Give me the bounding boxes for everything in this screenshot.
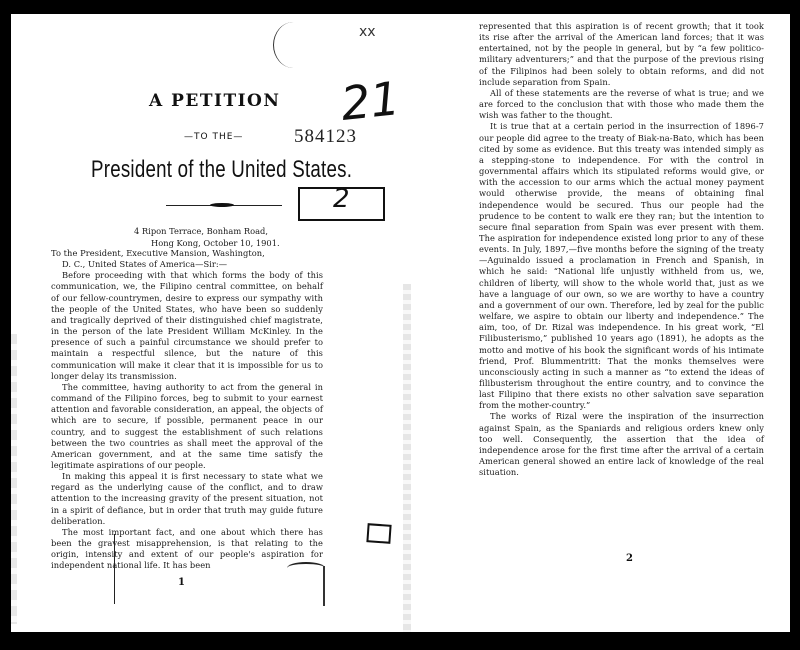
sender-address-line: 4 Ripon Terrace, Bonham Road, (134, 226, 268, 238)
handwritten-underline-stroke (287, 562, 325, 574)
paragraph: The committee, having authority to act f… (51, 382, 323, 471)
right-column-text: represented that this aspiration is of r… (479, 21, 764, 478)
handwritten-annotation-21: 21 (338, 71, 402, 131)
handwritten-box-mark (366, 523, 391, 544)
scan-edge-artifact (11, 334, 17, 624)
document-subtitle: President of the United States. (91, 156, 352, 184)
scanned-document-spread: xx A PETITION 21 —TO THE— 584123 Preside… (11, 14, 790, 632)
paragraph: Before proceeding with that which forms … (51, 270, 323, 382)
paragraph: represented that this aspiration is of r… (479, 21, 764, 88)
salutation-line-1: To the President, Executive Mansion, Was… (51, 248, 323, 259)
paragraph: The works of Rizal were the inspiration … (479, 411, 764, 478)
page-number-left: 1 (178, 577, 185, 588)
left-column-text: To the President, Executive Mansion, Was… (51, 248, 323, 572)
paragraph: It is true that at a certain period in t… (479, 121, 764, 411)
handwritten-corner-mark: xx (359, 24, 376, 40)
paragraph: In making this appeal it is first necess… (51, 471, 323, 527)
document-title: A PETITION (149, 91, 309, 111)
page-gutter (403, 284, 411, 632)
salutation-line-2: D. C., United States of America—Sir:— (51, 259, 323, 270)
page-number-right: 2 (626, 553, 633, 564)
handwritten-bracket-mark (114, 534, 118, 604)
archive-stamp-number: 584123 (294, 126, 357, 148)
paragraph: All of these statements are the reverse … (479, 88, 764, 121)
handwritten-boxed-number: 2 (333, 184, 350, 214)
divider-ornament (210, 203, 234, 207)
handwritten-arc-mark (273, 22, 314, 68)
handwritten-vertical-stroke (323, 566, 325, 606)
paragraph: The most important fact, and one about w… (51, 527, 323, 572)
title-connector: —TO THE— (184, 132, 243, 142)
